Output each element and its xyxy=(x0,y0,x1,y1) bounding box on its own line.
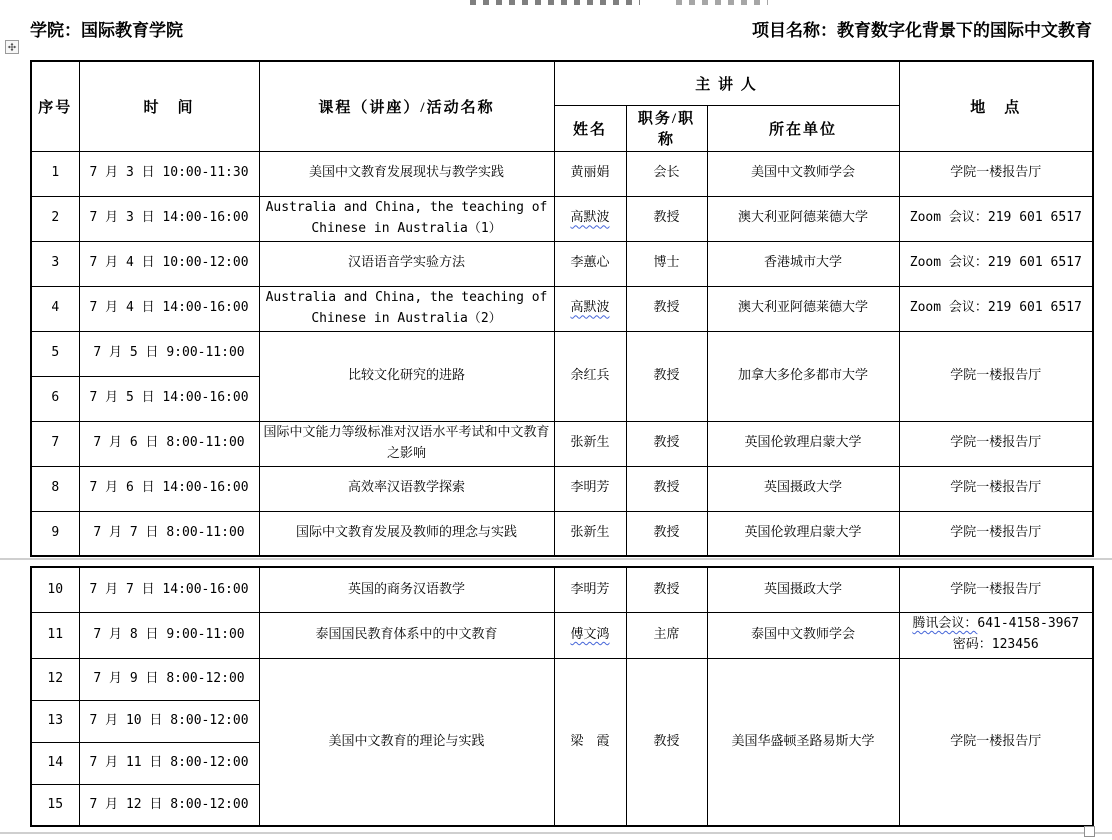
col-header-speaker-group[interactable]: 主 讲 人 xyxy=(554,61,899,105)
cell-no[interactable]: 10 xyxy=(31,567,79,612)
table-row: 9 7 月 7 日 8:00-11:00 国际中文教育发展及教师的理念与实践 张… xyxy=(31,511,1093,556)
cell-location[interactable]: 学院一楼报告厅 xyxy=(899,567,1093,612)
cell-title[interactable]: 主席 xyxy=(626,612,707,658)
cell-course[interactable]: 泰国国民教育体系中的中文教育 xyxy=(259,612,554,658)
cell-no[interactable]: 14 xyxy=(31,742,79,784)
table-row: 12 7 月 9 日 8:00-12:00 美国中文教育的理论与实践 梁 霞 教… xyxy=(31,658,1093,700)
cell-title[interactable]: 教授 xyxy=(626,286,707,331)
cell-time[interactable]: 7 月 4 日 14:00-16:00 xyxy=(79,286,259,331)
cell-org[interactable]: 英国伦敦理启蒙大学 xyxy=(707,511,899,556)
cell-location[interactable]: Zoom 会议：219 601 6517 xyxy=(899,241,1093,286)
cell-title[interactable]: 教授 xyxy=(626,196,707,241)
cell-location[interactable]: 学院一楼报告厅 xyxy=(899,466,1093,511)
cell-course[interactable]: 国际中文教育发展及教师的理念与实践 xyxy=(259,511,554,556)
cell-org[interactable]: 英国摄政大学 xyxy=(707,567,899,612)
cell-time[interactable]: 7 月 6 日 8:00-11:00 xyxy=(79,421,259,466)
table-row: 8 7 月 6 日 14:00-16:00 高效率汉语教学探索 李明芳 教授 英… xyxy=(31,466,1093,511)
page-break-line xyxy=(0,558,1112,560)
cell-name[interactable]: 黄丽娟 xyxy=(554,151,626,196)
cell-course[interactable]: 美国中文教育的理论与实践 xyxy=(259,658,554,826)
cell-course[interactable]: Australia and China, the teaching of Chi… xyxy=(259,196,554,241)
cell-no[interactable]: 2 xyxy=(31,196,79,241)
cell-org[interactable]: 英国伦敦理启蒙大学 xyxy=(707,421,899,466)
page-bottom-line xyxy=(0,832,1112,834)
schedule-table-page2: 10 7 月 7 日 14:00-16:00 英国的商务汉语教学 李明芳 教授 … xyxy=(30,566,1094,827)
table-row: 10 7 月 7 日 14:00-16:00 英国的商务汉语教学 李明芳 教授 … xyxy=(31,567,1093,612)
cell-org[interactable]: 美国中文教师学会 xyxy=(707,151,899,196)
cell-time[interactable]: 7 月 8 日 9:00-11:00 xyxy=(79,612,259,658)
table-resize-handle[interactable] xyxy=(1084,826,1095,837)
cell-location[interactable]: 学院一楼报告厅 xyxy=(899,151,1093,196)
cell-no[interactable]: 1 xyxy=(31,151,79,196)
cell-time[interactable]: 7 月 11 日 8:00-12:00 xyxy=(79,742,259,784)
cell-name[interactable]: 高默波 xyxy=(554,196,626,241)
cell-name[interactable]: 张新生 xyxy=(554,511,626,556)
cell-name[interactable]: 张新生 xyxy=(554,421,626,466)
cell-org[interactable]: 澳大利亚阿德莱德大学 xyxy=(707,286,899,331)
cell-org[interactable]: 澳大利亚阿德莱德大学 xyxy=(707,196,899,241)
cell-course[interactable]: 英国的商务汉语教学 xyxy=(259,567,554,612)
table-row: 4 7 月 4 日 14:00-16:00 Australia and Chin… xyxy=(31,286,1093,331)
cell-no[interactable]: 4 xyxy=(31,286,79,331)
table-row: 5 7 月 5 日 9:00-11:00 比较文化研究的进路 余红兵 教授 加拿… xyxy=(31,331,1093,376)
cell-org[interactable]: 香港城市大学 xyxy=(707,241,899,286)
clipped-page-title-artifact xyxy=(470,0,640,5)
clipped-page-title-artifact xyxy=(676,0,768,5)
cell-location[interactable]: 学院一楼报告厅 xyxy=(899,511,1093,556)
cell-course[interactable]: 汉语语音学实验方法 xyxy=(259,241,554,286)
cell-location[interactable]: Zoom 会议：219 601 6517 xyxy=(899,286,1093,331)
col-header-no[interactable]: 序号 xyxy=(31,61,79,151)
cell-name[interactable]: 李明芳 xyxy=(554,466,626,511)
col-header-title[interactable]: 职务/职称 xyxy=(626,105,707,151)
cell-name[interactable]: 李蕙心 xyxy=(554,241,626,286)
cell-no[interactable]: 9 xyxy=(31,511,79,556)
cell-time[interactable]: 7 月 9 日 8:00-12:00 xyxy=(79,658,259,700)
cell-course[interactable]: 国际中文能力等级标准对汉语水平考试和中文教育之影响 xyxy=(259,421,554,466)
meeting-platform-label: 腾讯会议： xyxy=(912,616,977,631)
cell-no[interactable]: 3 xyxy=(31,241,79,286)
meeting-id: 641-4158-3967 xyxy=(977,616,1079,631)
cell-name[interactable]: 李明芳 xyxy=(554,567,626,612)
cell-course[interactable]: Australia and China, the teaching of Chi… xyxy=(259,286,554,331)
cell-org[interactable]: 美国华盛顿圣路易斯大学 xyxy=(707,658,899,826)
cell-location[interactable]: Zoom 会议：219 601 6517 xyxy=(899,196,1093,241)
cell-no[interactable]: 5 xyxy=(31,331,79,376)
col-header-org[interactable]: 所在单位 xyxy=(707,105,899,151)
cell-no[interactable]: 15 xyxy=(31,784,79,826)
cell-course[interactable]: 高效率汉语教学探索 xyxy=(259,466,554,511)
cell-location[interactable]: 腾讯会议：641-4158-3967 密码：123456 xyxy=(899,612,1093,658)
table-move-handle-icon[interactable] xyxy=(5,40,19,54)
four-way-arrow-icon xyxy=(7,42,17,52)
cell-title[interactable]: 教授 xyxy=(626,511,707,556)
cell-name[interactable]: 高默波 xyxy=(554,286,626,331)
cell-time[interactable]: 7 月 5 日 9:00-11:00 xyxy=(79,331,259,376)
col-header-time[interactable]: 时 间 xyxy=(79,61,259,151)
cell-time[interactable]: 7 月 12 日 8:00-12:00 xyxy=(79,784,259,826)
table-row: 7 7 月 6 日 8:00-11:00 国际中文能力等级标准对汉语水平考试和中… xyxy=(31,421,1093,466)
cell-time[interactable]: 7 月 4 日 10:00-12:00 xyxy=(79,241,259,286)
cell-title[interactable]: 教授 xyxy=(626,331,707,421)
cell-location[interactable]: 学院一楼报告厅 xyxy=(899,331,1093,421)
table-row: 2 7 月 3 日 14:00-16:00 Australia and Chin… xyxy=(31,196,1093,241)
cell-time[interactable]: 7 月 10 日 8:00-12:00 xyxy=(79,700,259,742)
cell-time[interactable]: 7 月 5 日 14:00-16:00 xyxy=(79,376,259,421)
cell-time[interactable]: 7 月 7 日 8:00-11:00 xyxy=(79,511,259,556)
cell-no[interactable]: 13 xyxy=(31,700,79,742)
cell-title[interactable]: 博士 xyxy=(626,241,707,286)
school-label[interactable]: 学院：国际教育学院 xyxy=(30,16,183,41)
meeting-password: 密码：123456 xyxy=(953,637,1039,652)
project-name-label[interactable]: 项目名称：教育数字化背景下的国际中文教育 xyxy=(752,16,1092,41)
cell-title[interactable]: 教授 xyxy=(626,466,707,511)
cell-org[interactable]: 英国摄政大学 xyxy=(707,466,899,511)
cell-title[interactable]: 教授 xyxy=(626,421,707,466)
cell-no[interactable]: 8 xyxy=(31,466,79,511)
cell-title[interactable]: 会长 xyxy=(626,151,707,196)
cell-title[interactable]: 教授 xyxy=(626,658,707,826)
cell-time[interactable]: 7 月 3 日 10:00-11:30 xyxy=(79,151,259,196)
cell-time[interactable]: 7 月 7 日 14:00-16:00 xyxy=(79,567,259,612)
table-row: 11 7 月 8 日 9:00-11:00 泰国国民教育体系中的中文教育 傅文鸿… xyxy=(31,612,1093,658)
cell-no[interactable]: 11 xyxy=(31,612,79,658)
table-row: 3 7 月 4 日 10:00-12:00 汉语语音学实验方法 李蕙心 博士 香… xyxy=(31,241,1093,286)
cell-time[interactable]: 7 月 3 日 14:00-16:00 xyxy=(79,196,259,241)
cell-name[interactable]: 梁 霞 xyxy=(554,658,626,826)
col-header-location[interactable]: 地 点 xyxy=(899,61,1093,151)
cell-org[interactable]: 加拿大多伦多都市大学 xyxy=(707,331,899,421)
cell-location[interactable]: 学院一楼报告厅 xyxy=(899,421,1093,466)
cell-course[interactable]: 美国中文教育发展现状与教学实践 xyxy=(259,151,554,196)
cell-no[interactable]: 6 xyxy=(31,376,79,421)
cell-time[interactable]: 7 月 6 日 14:00-16:00 xyxy=(79,466,259,511)
cell-name[interactable]: 傅文鸿 xyxy=(554,612,626,658)
cell-no[interactable]: 7 xyxy=(31,421,79,466)
cell-location[interactable]: 学院一楼报告厅 xyxy=(899,658,1093,826)
cell-org[interactable]: 泰国中文教师学会 xyxy=(707,612,899,658)
table-row: 1 7 月 3 日 10:00-11:30 美国中文教育发展现状与教学实践 黄丽… xyxy=(31,151,1093,196)
schedule-table-page1: 序号 时 间 课程（讲座）/活动名称 主 讲 人 地 点 姓名 职务/职称 所在… xyxy=(30,60,1094,557)
cell-course[interactable]: 比较文化研究的进路 xyxy=(259,331,554,421)
col-header-course[interactable]: 课程（讲座）/活动名称 xyxy=(259,61,554,151)
col-header-name[interactable]: 姓名 xyxy=(554,105,626,151)
cell-no[interactable]: 12 xyxy=(31,658,79,700)
cell-title[interactable]: 教授 xyxy=(626,567,707,612)
document-header: 学院：国际教育学院 项目名称：教育数字化背景下的国际中文教育 xyxy=(30,16,1092,41)
cell-name[interactable]: 余红兵 xyxy=(554,331,626,421)
